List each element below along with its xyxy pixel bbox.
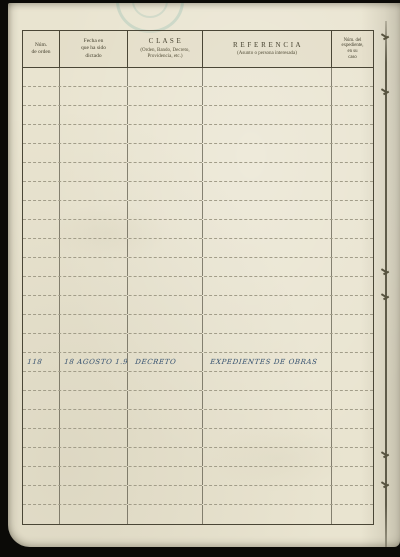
table-cell-num_orden	[23, 106, 60, 124]
table-cell-num_orden	[23, 277, 60, 295]
column-header-line: (Asunto o persona interesada)	[237, 51, 297, 58]
table-cell-referencia	[203, 334, 332, 352]
table-body: 11818 AGOSTO 1.961DECRETOEXPEDIENTES DE …	[23, 68, 373, 524]
table-cell-num_expediente	[332, 239, 373, 257]
table-cell-num_orden	[23, 315, 60, 333]
table-cell-fecha	[60, 163, 128, 181]
column-header-line: dictado	[85, 53, 101, 60]
table-row	[23, 125, 373, 144]
table-cell-num_expediente	[332, 334, 373, 352]
table-row	[23, 220, 373, 239]
table-row	[23, 163, 373, 182]
table-row	[23, 87, 373, 106]
table-row	[23, 467, 373, 486]
stitch-knot	[381, 451, 391, 458]
table-row	[23, 144, 373, 163]
table-cell-clase	[128, 239, 203, 257]
table-row	[23, 410, 373, 429]
paper-sheet: Núm.de ordenFecha enque ha sidodictadoC …	[8, 3, 400, 547]
table-cell-fecha	[60, 182, 128, 200]
table-cell-fecha	[60, 68, 128, 86]
table-cell-fecha	[60, 106, 128, 124]
table-cell-num_expediente	[332, 353, 373, 371]
table-cell-num_expediente	[332, 125, 373, 143]
table-cell-fecha	[60, 87, 128, 105]
table-cell-num_expediente	[332, 68, 373, 86]
handwritten-entry-clase: DECRETO	[128, 358, 177, 371]
table-cell-clase	[128, 467, 203, 485]
table-cell-num_orden	[23, 258, 60, 276]
table-cell-num_expediente	[332, 372, 373, 390]
table-cell-fecha	[60, 334, 128, 352]
table-cell-referencia	[203, 87, 332, 105]
table-cell-clase	[128, 315, 203, 333]
binding-thread	[385, 21, 387, 547]
table-cell-num_expediente	[332, 106, 373, 124]
table-cell-fecha	[60, 429, 128, 447]
column-header-line: caso	[348, 55, 357, 61]
table-row	[23, 334, 373, 353]
table-cell-num_orden	[23, 68, 60, 86]
table-cell-num_orden	[23, 505, 60, 524]
table-cell-referencia	[203, 467, 332, 485]
table-row	[23, 391, 373, 410]
table-cell-num_orden: 118	[23, 353, 60, 371]
table-cell-fecha	[60, 486, 128, 504]
table-row	[23, 277, 373, 296]
table-cell-num_orden	[23, 144, 60, 162]
circular-stamp-inner-ring	[132, 3, 168, 18]
table-cell-clase	[128, 87, 203, 105]
column-header-referencia: R E F E R E N C I A(Asunto o persona int…	[203, 31, 332, 67]
table-cell-num_expediente	[332, 315, 373, 333]
stitch-knot	[381, 268, 391, 275]
stitch-knot	[381, 33, 391, 40]
table-cell-num_expediente	[332, 258, 373, 276]
table-row	[23, 372, 373, 391]
table-cell-referencia	[203, 277, 332, 295]
table-cell-fecha	[60, 239, 128, 257]
table-cell-clase	[128, 334, 203, 352]
table-cell-num_orden	[23, 334, 60, 352]
table-cell-fecha	[60, 391, 128, 409]
table-cell-clase	[128, 448, 203, 466]
table-cell-clase	[128, 125, 203, 143]
table-cell-num_expediente	[332, 182, 373, 200]
table-cell-fecha	[60, 144, 128, 162]
table-cell-referencia	[203, 144, 332, 162]
table-cell-fecha	[60, 220, 128, 238]
table-cell-fecha	[60, 372, 128, 390]
column-header-line: Providencia, etc.)	[147, 54, 182, 61]
table-cell-num_orden	[23, 448, 60, 466]
table-cell-num_orden	[23, 87, 60, 105]
table-cell-clase	[128, 296, 203, 314]
table-cell-referencia: EXPEDIENTES DE OBRAS	[203, 353, 332, 371]
table-cell-num_orden	[23, 486, 60, 504]
table-cell-num_orden	[23, 372, 60, 390]
table-cell-num_expediente	[332, 220, 373, 238]
table-cell-clase	[128, 486, 203, 504]
column-header-clase: C L A S E(Orden, Bando, Decreto,Providen…	[128, 31, 203, 67]
table-cell-num_orden	[23, 391, 60, 409]
table-cell-num_expediente	[332, 448, 373, 466]
table-cell-referencia	[203, 182, 332, 200]
table-cell-fecha	[60, 410, 128, 428]
stitch-knot	[381, 293, 391, 300]
registry-table: Núm.de ordenFecha enque ha sidodictadoC …	[22, 30, 374, 525]
column-header-line: Núm.	[35, 42, 47, 49]
table-row	[23, 505, 373, 524]
table-cell-num_expediente	[332, 201, 373, 219]
handwritten-entry-referencia: EXPEDIENTES DE OBRAS	[203, 358, 318, 371]
table-cell-clase	[128, 163, 203, 181]
table-cell-num_orden	[23, 182, 60, 200]
table-cell-referencia	[203, 106, 332, 124]
table-row	[23, 296, 373, 315]
table-cell-referencia	[203, 239, 332, 257]
table-cell-referencia	[203, 220, 332, 238]
table-cell-clase	[128, 68, 203, 86]
table-cell-referencia	[203, 201, 332, 219]
table-cell-num_orden	[23, 429, 60, 447]
table-cell-referencia	[203, 391, 332, 409]
table-cell-clase	[128, 429, 203, 447]
table-row	[23, 182, 373, 201]
table-cell-clase	[128, 258, 203, 276]
table-cell-clase	[128, 220, 203, 238]
table-cell-num_expediente	[332, 87, 373, 105]
table-cell-referencia	[203, 163, 332, 181]
table-row	[23, 448, 373, 467]
table-row	[23, 68, 373, 87]
table-cell-num_expediente	[332, 505, 373, 524]
table-cell-referencia	[203, 429, 332, 447]
table-cell-num_expediente	[332, 144, 373, 162]
table-cell-referencia	[203, 296, 332, 314]
table-cell-num_orden	[23, 201, 60, 219]
table-cell-clase	[128, 277, 203, 295]
table-cell-num_expediente	[332, 429, 373, 447]
column-header-num_expediente: Núm. delexpediente,en sucaso	[332, 31, 373, 67]
table-cell-num_orden	[23, 239, 60, 257]
table-cell-fecha	[60, 201, 128, 219]
column-header-line: que ha sido	[81, 45, 106, 52]
table-cell-num_orden	[23, 296, 60, 314]
table-row	[23, 486, 373, 505]
table-row: 11818 AGOSTO 1.961DECRETOEXPEDIENTES DE …	[23, 353, 373, 372]
table-cell-clase	[128, 182, 203, 200]
table-cell-referencia	[203, 315, 332, 333]
table-cell-clase	[128, 372, 203, 390]
table-cell-num_expediente	[332, 467, 373, 485]
table-cell-fecha	[60, 448, 128, 466]
handwritten-entry-fecha: 18 AGOSTO 1.961	[60, 358, 128, 371]
table-cell-num_expediente	[332, 296, 373, 314]
table-cell-num_expediente	[332, 410, 373, 428]
table-cell-fecha	[60, 277, 128, 295]
table-cell-fecha	[60, 505, 128, 524]
table-cell-referencia	[203, 258, 332, 276]
table-cell-num_expediente	[332, 391, 373, 409]
table-cell-num_orden	[23, 220, 60, 238]
table-cell-num_expediente	[332, 277, 373, 295]
table-cell-referencia	[203, 486, 332, 504]
table-cell-clase	[128, 144, 203, 162]
table-cell-referencia	[203, 372, 332, 390]
table-cell-num_expediente	[332, 486, 373, 504]
table-row	[23, 258, 373, 277]
table-cell-clase	[128, 391, 203, 409]
table-header: Núm.de ordenFecha enque ha sidodictadoC …	[23, 31, 373, 68]
column-header-line: de orden	[31, 49, 50, 56]
handwritten-entry-num_orden: 118	[23, 358, 43, 371]
table-cell-referencia	[203, 410, 332, 428]
table-row	[23, 429, 373, 448]
stitch-knot	[381, 481, 391, 488]
table-cell-clase	[128, 505, 203, 524]
table-cell-fecha	[60, 296, 128, 314]
table-row	[23, 239, 373, 258]
table-cell-fecha	[60, 125, 128, 143]
table-cell-clase: DECRETO	[128, 353, 203, 371]
table-cell-clase	[128, 410, 203, 428]
table-cell-fecha	[60, 315, 128, 333]
table-cell-fecha: 18 AGOSTO 1.961	[60, 353, 128, 371]
table-cell-num_orden	[23, 125, 60, 143]
column-header-line: R E F E R E N C I A	[233, 41, 301, 50]
table-row	[23, 201, 373, 220]
table-cell-num_orden	[23, 410, 60, 428]
table-cell-clase	[128, 201, 203, 219]
table-cell-fecha	[60, 467, 128, 485]
table-cell-num_orden	[23, 467, 60, 485]
circular-stamp-icon	[116, 3, 184, 33]
table-cell-num_orden	[23, 163, 60, 181]
table-cell-fecha	[60, 258, 128, 276]
table-cell-referencia	[203, 125, 332, 143]
table-cell-referencia	[203, 505, 332, 524]
table-row	[23, 315, 373, 334]
column-header-fecha: Fecha enque ha sidodictado	[60, 31, 128, 67]
column-header-line: C L A S E	[149, 37, 182, 46]
scanned-page-background: { "document": { "kind": "scanned-registr…	[0, 0, 400, 557]
table-cell-referencia	[203, 68, 332, 86]
table-cell-num_expediente	[332, 163, 373, 181]
table-cell-referencia	[203, 448, 332, 466]
stitch-knot	[381, 88, 391, 95]
table-cell-clase	[128, 106, 203, 124]
column-header-num_orden: Núm.de orden	[23, 31, 60, 67]
column-header-line: Fecha en	[84, 38, 104, 45]
table-row	[23, 106, 373, 125]
